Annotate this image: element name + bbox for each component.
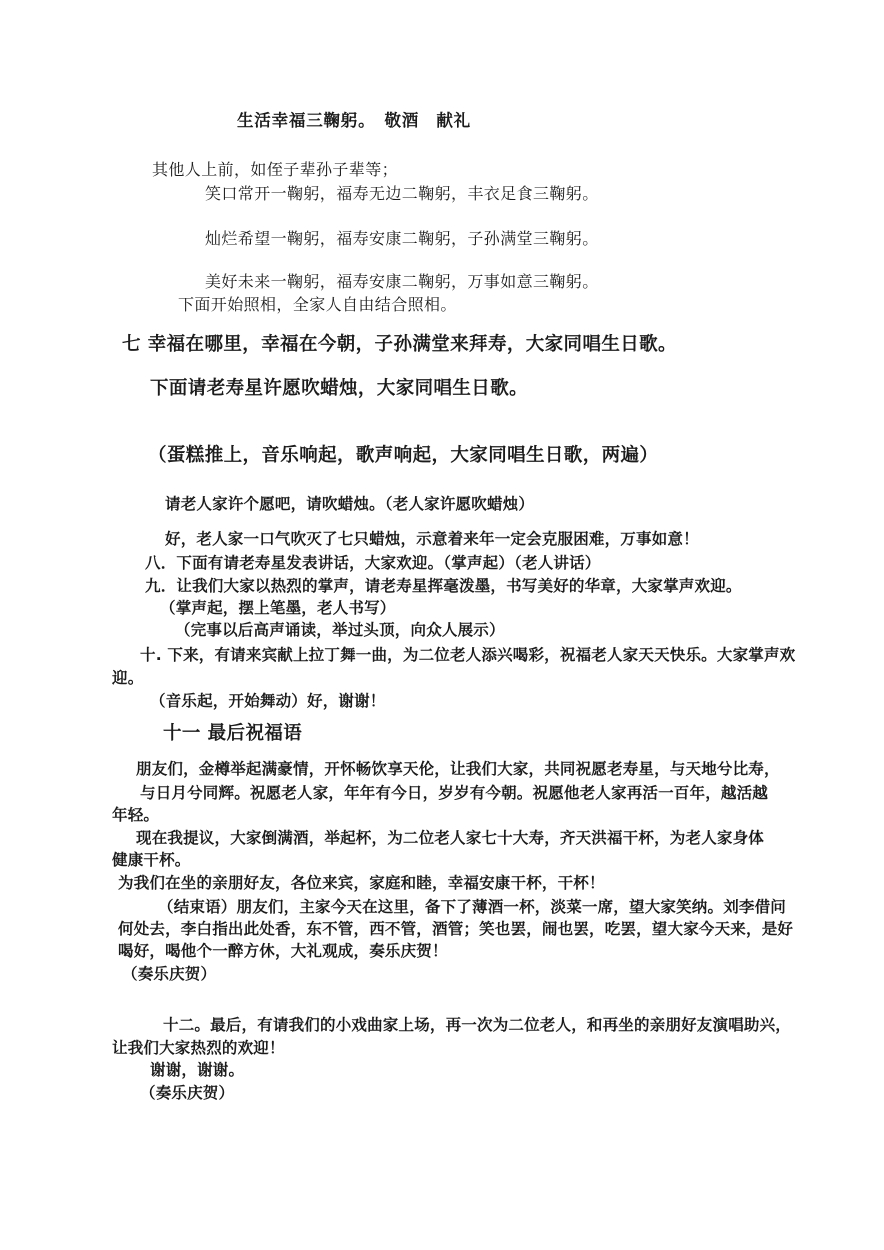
line-others-bow: 其他人上前，如侄子辈孙子辈等；	[152, 160, 398, 180]
line-item-nine: 九．让我们大家以热烈的掌声，请老寿星挥毫泼墨，书写美好的华章，大家掌声欢迎。	[145, 577, 742, 596]
line-toast-1: 现在我提议，大家倒满酒，举起杯，为二位老人家七十大寿，齐天洪福干杯，为老人家身体	[136, 829, 764, 848]
line-stage-music-dance: （音乐起，开始舞动）好，谢谢！	[150, 692, 386, 711]
line-bow-verse-2: 灿烂希望一鞠躬，福寿安康二鞠躬，子孙满堂三鞠躬。	[205, 229, 599, 249]
line-bow-verse-3: 美好未来一鞠躬，福寿安康二鞠躬，万事如意三鞠躬。	[205, 272, 599, 292]
line-item-twelve-wrap: 让我们大家热烈的欢迎！	[112, 1039, 285, 1058]
line-toast-3: 为我们在坐的亲朋好友，各位来宾，家庭和睦，幸福安康干杯，干杯！	[118, 874, 605, 893]
line-item-twelve: 十二。最后，有请我们的小戏曲家上场，再一次为二位老人，和再坐的亲朋好友演唱助兴，	[163, 1016, 791, 1035]
line-invite-blow-candles: 下面请老寿星许愿吹蜡烛，大家同唱生日歌。	[150, 377, 528, 400]
line-closing-2: 何处去，李白指出此处香，东不管，西不管，酒管；笑也罢，闹也罢，吃罢，望大家今天来…	[118, 920, 793, 939]
line-item-ten-wrap: 迎。	[112, 669, 143, 688]
line-blessing-3: 年轻。	[112, 806, 159, 825]
line-bow-verse-1: 笑口常开一鞠躬，福寿无边二鞠躬，丰衣足食三鞠躬。	[205, 184, 599, 204]
line-item-eight: 八．下面有请老寿星发表讲话，大家欢迎。（掌声起）（老人讲话）	[145, 554, 601, 573]
line-stage-cake-direction: （蛋糕推上，音乐响起，歌声响起，大家同唱生日歌，两遍）	[148, 444, 658, 467]
line-make-wish: 请老人家许个愿吧，请吹蜡烛。（老人家许愿吹蜡烛）	[165, 495, 534, 514]
document-page: 生活幸福三鞠躬。 敬酒 献礼 其他人上前，如侄子辈孙子辈等； 笑口常开一鞠躬，福…	[0, 0, 884, 1250]
line-item-ten: 十. 下来，有请来宾献上拉丁舞一曲，为二位老人添兴喝彩，祝福老人家天天快乐。大家…	[140, 646, 795, 665]
line-photo-session: 下面开始照相，全家人自由结合照相。	[178, 295, 457, 315]
line-stage-music-2: （奏乐庆贺）	[140, 1084, 234, 1103]
line-stage-writing: （掌声起，摆上笔墨，老人书写）	[160, 599, 396, 618]
line-candles-blown: 好，老人家一口气吹灭了七只蜡烛，示意着来年一定会克服困难，万事如意！	[165, 530, 699, 549]
line-stage-recite: （完事以后高声诵读，举过头顶，向众人展示）	[175, 621, 505, 640]
line-blessing-2: 与日月兮同辉。祝愿老人家，年年有今日，岁岁有今朝。祝愿他老人家再活一百年，越活越	[140, 784, 768, 803]
heading-bows-toast: 生活幸福三鞠躬。 敬酒 献礼	[237, 111, 471, 132]
line-stage-music-1: （奏乐庆贺）	[122, 965, 216, 984]
heading-section-eleven: 十一 最后祝福语	[163, 722, 302, 745]
line-closing-3: 喝好，喝他个一醉方休，大礼观成，奏乐庆贺！	[118, 942, 448, 961]
line-closing-1: （结束语）朋友们，主家今天在这里，备下了薄酒一杯，淡菜一席，望大家笑纳。刘李借问	[158, 898, 786, 917]
line-blessing-1: 朋友们，金樽举起满豪情，开怀畅饮享天伦，让我们大家，共同祝愿老寿星，与天地兮比寿…	[136, 760, 780, 779]
line-thanks: 谢谢，谢谢。	[150, 1061, 244, 1080]
heading-section-seven: 七 幸福在哪里，幸福在今朝，子孙满堂来拜寿，大家同唱生日歌。	[122, 333, 677, 356]
line-toast-2: 健康干杯。	[112, 851, 191, 870]
